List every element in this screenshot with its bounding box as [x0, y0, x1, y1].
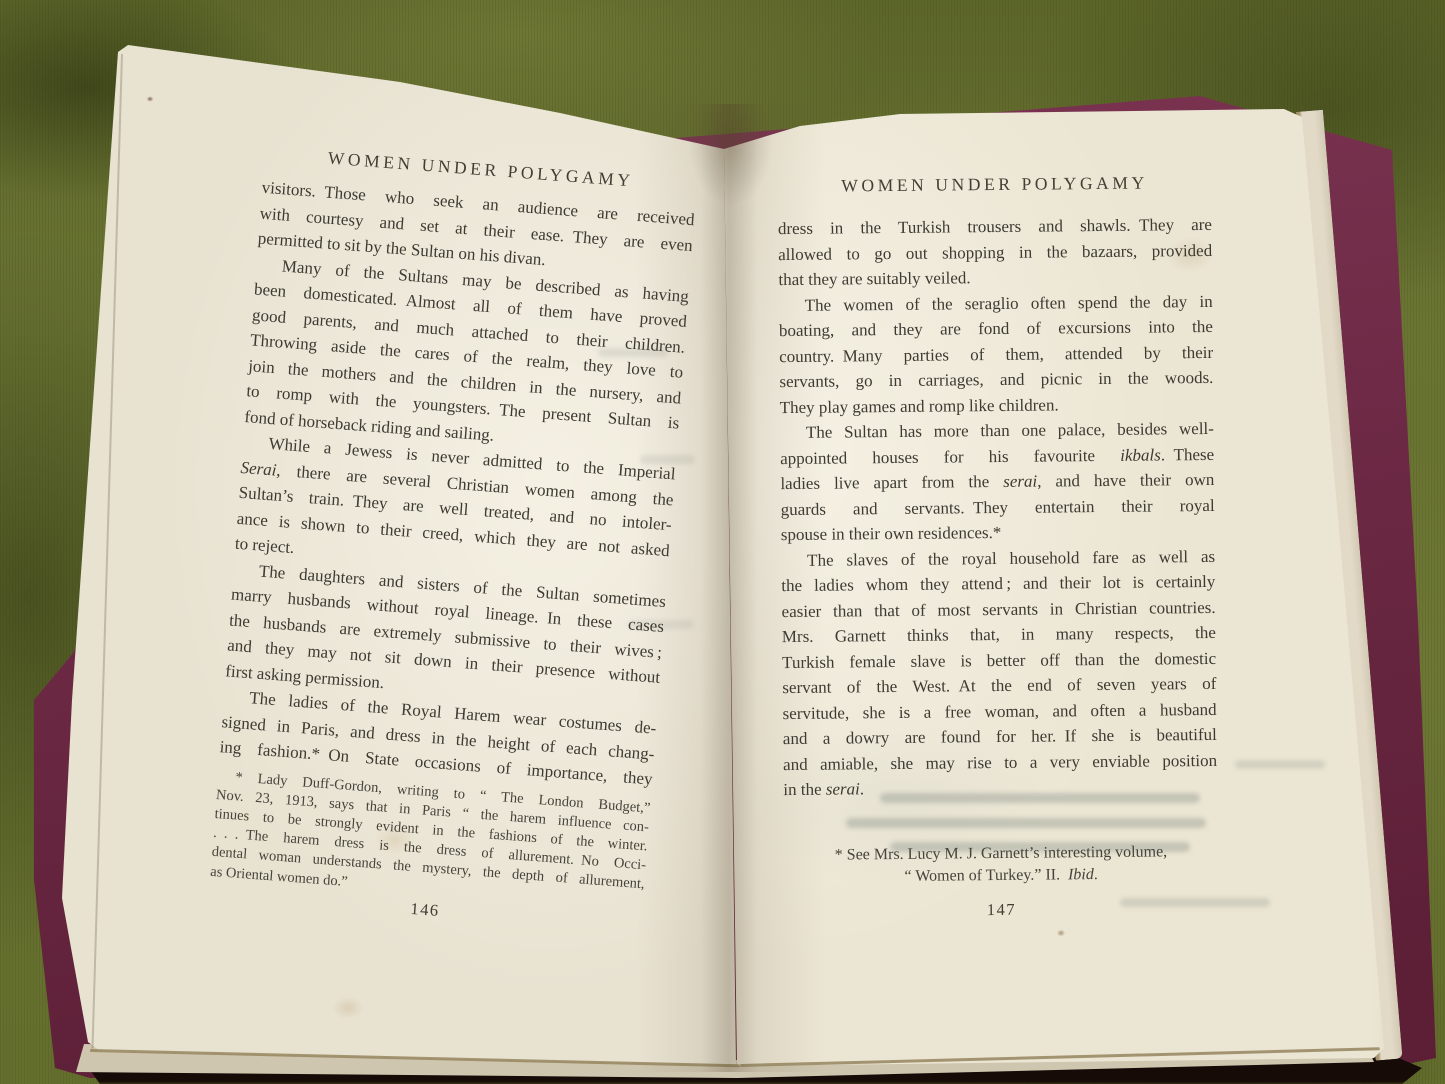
text-segment: guards and servants. They entertain thei… — [781, 495, 1215, 518]
text-segment: servant of the West. At the end of seven… — [782, 674, 1216, 697]
text-segment: to reject. — [234, 534, 295, 557]
book-photo: WOMEN UNDER POLYGAMY visitors. Those who… — [0, 0, 1445, 1084]
text-segment: . — [860, 779, 864, 798]
text-segment: The Sultan has more than one palace, bes… — [806, 419, 1214, 442]
text-segment: easier than that of most servants in Chr… — [782, 597, 1216, 620]
text-segment: in the — [783, 780, 826, 799]
body-line: servant of the West. At the end of seven… — [782, 671, 1216, 701]
text-segment: servants, go in carriages, and picnic in… — [779, 368, 1213, 391]
text-segment: servitude, she is a free woman, and ofte… — [783, 699, 1217, 722]
body-line: in the serai. — [783, 773, 1217, 803]
show-through-ghost — [1235, 760, 1325, 769]
footnote: * See Mrs. Lucy M. J. Garnett’s interest… — [784, 840, 1218, 889]
body-line: ladies live apart from the serai, and ha… — [780, 467, 1214, 497]
body-line: guards and servants. They entertain thei… — [781, 492, 1215, 522]
text-segment: Serai — [240, 457, 277, 479]
body-line: the ladies whom they attend ; and their … — [781, 569, 1215, 599]
text-segment: . These — [1161, 444, 1215, 464]
text-segment: “ Women of Turkey.” II. — [904, 866, 1068, 885]
text-segment: Mrs. Garnett thinks that, in many respec… — [782, 623, 1216, 646]
running-head: WOMEN UNDER POLYGAMY — [777, 170, 1211, 198]
text-segment: The women of the seraglio often spend th… — [805, 291, 1213, 314]
text-segment: spouse in their own residences.* — [781, 523, 1002, 544]
text-segment: serai — [826, 779, 860, 798]
text-segment: serai — [1003, 472, 1037, 491]
text-segment: They play games and romp like children. — [780, 395, 1059, 417]
text-segment: country. Many parties of them, attended … — [779, 342, 1213, 365]
text-segment: Ibid — [1068, 866, 1094, 883]
text-segment: the ladies whom they attend ; and their … — [781, 572, 1215, 595]
footnote-line: * See Mrs. Lucy M. J. Garnett’s interest… — [784, 840, 1218, 867]
text-segment: boating, and they are fond of excursions… — [779, 317, 1213, 340]
text-segment: allowed to go out shopping in the bazaar… — [778, 240, 1212, 263]
text-segment: and amiable, she may rise to a very envi… — [783, 750, 1217, 773]
text-segment: , and have their own — [1037, 470, 1214, 491]
body-line: and a dowry are found for her. If she is… — [783, 722, 1217, 752]
text-segment: ladies live apart from the — [780, 472, 1003, 493]
body-line: Mrs. Garnett thinks that, in many respec… — [782, 620, 1216, 650]
left-page-text: WOMEN UNDER POLYGAMY visitors. Those who… — [208, 141, 698, 936]
body-line: dress in the Turkish trousers and shawls… — [778, 212, 1212, 242]
text-segment: ikbals — [1120, 445, 1161, 464]
text-segment: The slaves of the royal household fare a… — [807, 546, 1215, 569]
page-body: dress in the Turkish trousers and shawls… — [778, 212, 1218, 803]
body-line: servants, go in carriages, and picnic in… — [779, 365, 1213, 395]
text-segment: Turkish female slave is better off than … — [782, 648, 1216, 671]
text-segment: . — [1094, 866, 1098, 883]
footnote-line: “ Women of Turkey.” II. Ibid. — [784, 863, 1218, 890]
body-line: boating, and they are fond of excursions… — [779, 314, 1213, 344]
text-segment: * See Mrs. Lucy M. J. Garnett’s interest… — [835, 843, 1168, 863]
body-line: allowed to go out shopping in the bazaar… — [778, 237, 1212, 267]
right-page-text: WOMEN UNDER POLYGAMY dress in the Turkis… — [777, 170, 1218, 922]
page-body: visitors. Those who seek an audience are… — [219, 175, 696, 792]
text-segment: that they are suitably veiled. — [778, 268, 970, 289]
page-number: 147 — [784, 897, 1218, 921]
text-segment: and a dowry are found for her. If she is… — [783, 725, 1217, 748]
body-line: The Sultan has more than one palace, bes… — [780, 416, 1214, 446]
body-line: and amiable, she may rise to a very envi… — [783, 747, 1217, 777]
text-segment: dress in the Turkish trousers and shawls… — [778, 215, 1212, 238]
text-segment: appointed houses for his favourite — [780, 445, 1120, 467]
